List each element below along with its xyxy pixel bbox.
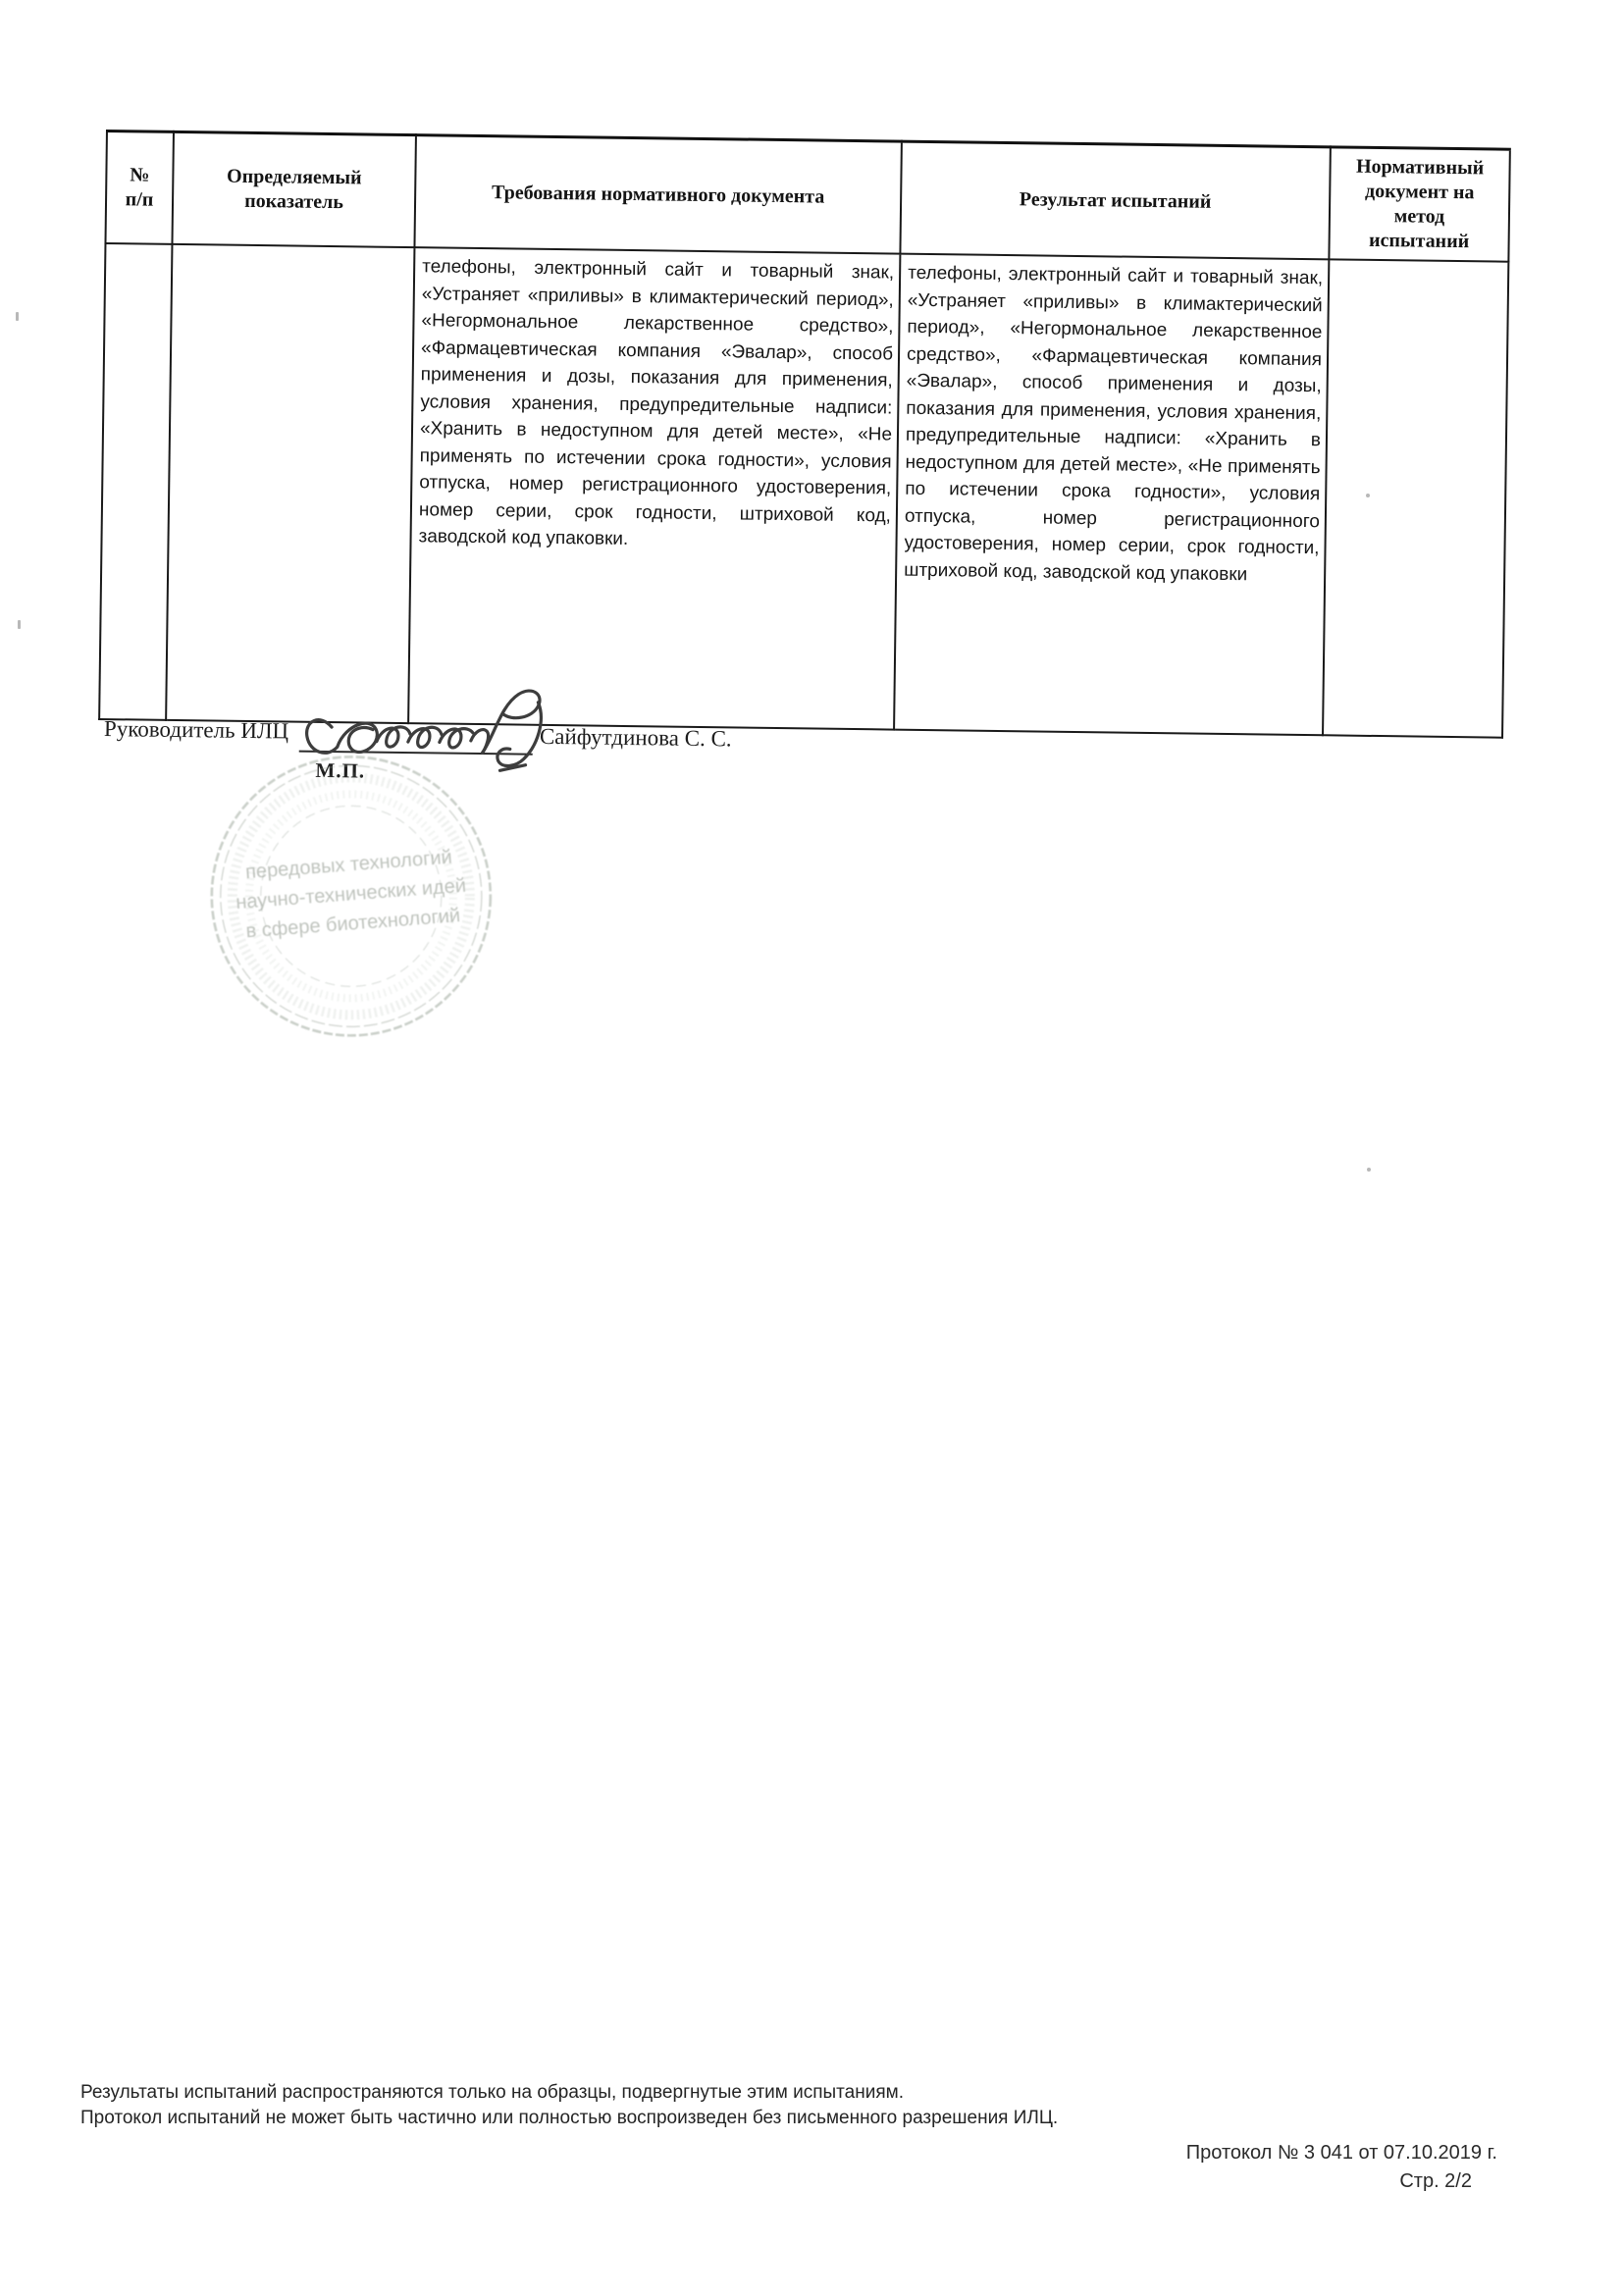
results-table: № п/п Определяемый показатель Требования…: [98, 130, 1511, 739]
footer-notes: Результаты испытаний распространяются то…: [80, 2080, 1058, 2131]
cell-num: [99, 243, 172, 720]
col-header-requirements: Требования нормативного документа: [414, 135, 901, 254]
scan-speck: [16, 312, 19, 321]
footer-note-2: Протокол испытаний не может быть частичн…: [80, 2106, 1058, 2131]
col-header-num: № п/п: [105, 131, 173, 244]
signature-name: Сайфутдинова С. С.: [540, 724, 732, 753]
scan-speck: [1366, 494, 1370, 497]
scan-skew-wrapper: № п/п Определяемый показатель Требования…: [93, 130, 1519, 1129]
scan-speck: [18, 620, 21, 629]
col-header-normative-doc: Нормативный документ на метод испытаний: [1329, 147, 1509, 262]
col-header-result: Результат испытаний: [900, 141, 1330, 259]
table-header-row: № п/п Определяемый показатель Требования…: [105, 131, 1509, 262]
table-row: телефоны, электронный сайт и товарный зн…: [99, 243, 1508, 738]
cell-requirements: телефоны, электронный сайт и товарный зн…: [408, 247, 900, 729]
scan-speck: [1367, 1168, 1371, 1172]
round-stamp: передовых технологий научно-технических …: [204, 749, 498, 1043]
footer-reference-block: Протокол № 3 041 от 07.10.2019 г. Стр. 2…: [1186, 2139, 1497, 2196]
cell-normative-doc: [1323, 259, 1508, 737]
col-header-indicator: Определяемый показатель: [172, 131, 415, 247]
protocol-reference: Протокол № 3 041 от 07.10.2019 г.: [1186, 2139, 1497, 2167]
page-number: Стр. 2/2: [1186, 2167, 1497, 2196]
footer-note-1: Результаты испытаний распространяются то…: [80, 2080, 1058, 2106]
cell-indicator: [166, 244, 414, 723]
cell-result: телефоны, электронный сайт и товарный зн…: [894, 254, 1329, 736]
signature-role-label: Руководитель ИЛЦ: [104, 716, 288, 744]
